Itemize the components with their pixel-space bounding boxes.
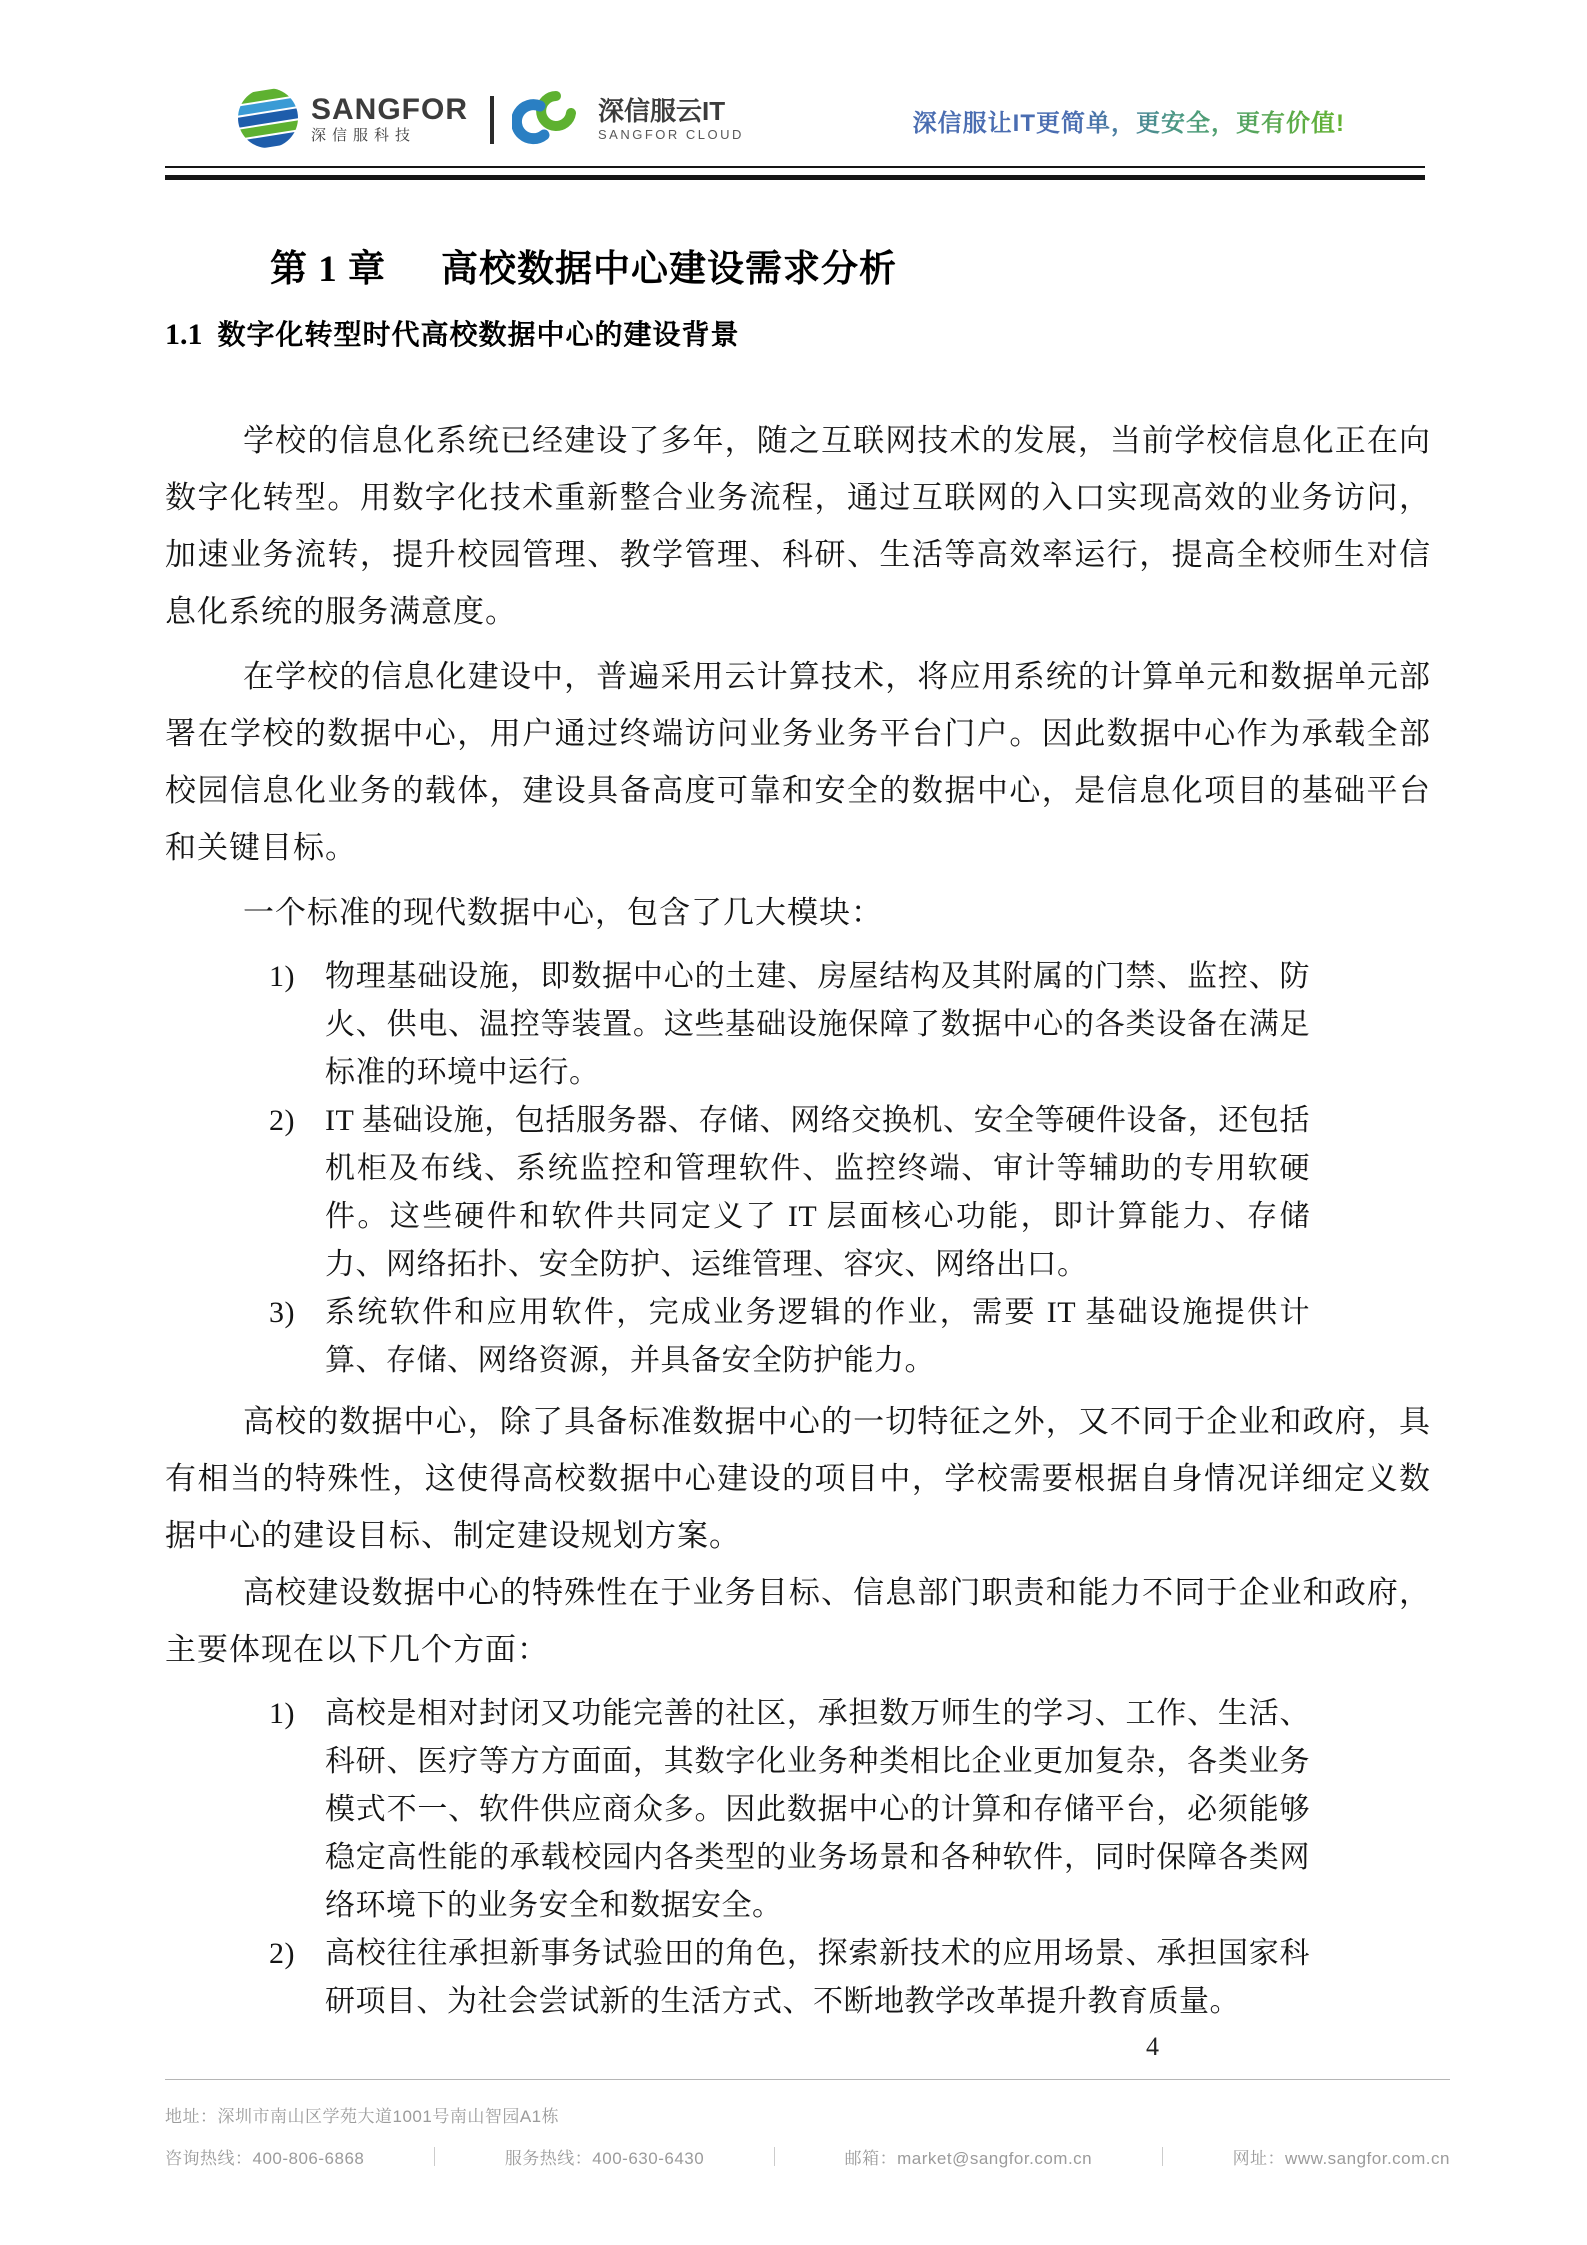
list-item-text: IT 基础设施，包括服务器、存储、网络交换机、安全等硬件设备，还包括机柜及布线、… (325, 1097, 1310, 1289)
brand-name: SANGFOR (311, 94, 468, 126)
chapter-heading: 第 1 章 高校数据中心建设需求分析 (165, 244, 1431, 296)
list-item-text: 物理基础设施，即数据中心的土建、房屋结构及其附属的门禁、监控、防火、供电、温控等… (325, 953, 1310, 1097)
footer-website: 网址：www.sangfor.com.cn (1233, 2144, 1450, 2169)
list-item-number: 2) (269, 1097, 325, 1289)
header-rule (165, 166, 1425, 180)
page-footer: 地址：深圳市南山区学苑大道1001号南山智园A1栋 咨询热线：400-806-6… (165, 2079, 1450, 2169)
brand-name-zh: 深信服科技 (311, 126, 468, 146)
paragraph-1: 学校的信息化系统已经建设了多年，随之互联网技术的发展，当前学校信息化正在向数字化… (165, 412, 1431, 640)
logo-divider (490, 96, 494, 144)
list-item-number: 1) (269, 1690, 325, 1930)
footer-divider (1162, 2147, 1163, 2166)
paragraph-3: 一个标准的现代数据中心，包含了几大模块： (165, 884, 1431, 941)
footer-hotline-service: 服务热线：400-630-6430 (505, 2144, 704, 2169)
list-item-text: 高校往往承担新事务试验田的角色，探索新技术的应用场景、承担国家科研项目、为社会尝… (325, 1930, 1310, 2026)
list-item-text: 高校是相对封闭又功能完善的社区，承担数万师生的学习、工作、生活、科研、医疗等方方… (325, 1690, 1310, 1930)
section-title: 数字化转型时代高校数据中心的建设背景 (218, 312, 740, 358)
brand-lockup: SANGFOR 深信服科技 深信服云IT SANGFOR CLOUD (237, 87, 744, 154)
list-item: 2) IT 基础设施，包括服务器、存储、网络交换机、安全等硬件设备，还包括机柜及… (165, 1097, 1431, 1289)
brand-text-block: SANGFOR 深信服科技 (311, 94, 468, 146)
cloud-name-en: SANGFOR CLOUD (598, 126, 744, 144)
aspects-list: 1) 高校是相对封闭又功能完善的社区，承担数万师生的学习、工作、生活、科研、医疗… (165, 1690, 1431, 2026)
list-item: 1) 高校是相对封闭又功能完善的社区，承担数万师生的学习、工作、生活、科研、医疗… (165, 1690, 1431, 1930)
footer-hotline-consult: 咨询热线：400-806-6868 (165, 2144, 364, 2169)
footer-email: 邮箱：market@sangfor.com.cn (845, 2144, 1093, 2169)
section-number: 1.1 (165, 312, 203, 358)
footer-address: 地址：深圳市南山区学苑大道1001号南山智园A1栋 (165, 2102, 1450, 2127)
paragraph-2: 在学校的信息化建设中，普遍采用云计算技术，将应用系统的计算单元和数据单元部署在学… (165, 648, 1431, 876)
list-item-text: 系统软件和应用软件，完成业务逻辑的作业，需要 IT 基础设施提供计算、存储、网络… (325, 1289, 1310, 1385)
page-number: 4 (1146, 2032, 1159, 2062)
list-item-number: 2) (269, 1930, 325, 2026)
chapter-number: 第 1 章 (270, 244, 386, 296)
list-item-number: 3) (269, 1289, 325, 1385)
cloud-name-zh: 深信服云IT (598, 96, 744, 126)
modules-list: 1) 物理基础设施，即数据中心的土建、房屋结构及其附属的门禁、监控、防火、供电、… (165, 953, 1431, 1385)
sangfor-cloud-logo-icon (512, 89, 586, 152)
list-item-number: 1) (269, 953, 325, 1097)
list-item: 1) 物理基础设施，即数据中心的土建、房屋结构及其附属的门禁、监控、防火、供电、… (165, 953, 1431, 1097)
document-body: 第 1 章 高校数据中心建设需求分析 1.1 数字化转型时代高校数据中心的建设背… (165, 238, 1431, 2026)
footer-divider (774, 2147, 775, 2166)
chapter-title: 高校数据中心建设需求分析 (441, 244, 897, 296)
document-page: SANGFOR 深信服科技 深信服云IT SANGFOR CLOUD 深信服让I… (0, 0, 1587, 2245)
sangfor-globe-logo-icon (237, 87, 299, 154)
paragraph-4: 高校的数据中心，除了具备标准数据中心的一切特征之外，又不同于企业和政府，具有相当… (165, 1393, 1431, 1564)
list-item: 3) 系统软件和应用软件，完成业务逻辑的作业，需要 IT 基础设施提供计算、存储… (165, 1289, 1431, 1385)
list-item: 2) 高校往往承担新事务试验田的角色，探索新技术的应用场景、承担国家科研项目、为… (165, 1930, 1431, 2026)
brand-tagline: 深信服让IT更简单，更安全，更有价值! (913, 103, 1345, 138)
section-heading: 1.1 数字化转型时代高校数据中心的建设背景 (165, 312, 1431, 358)
paragraph-5: 高校建设数据中心的特殊性在于业务目标、信息部门职责和能力不同于企业和政府，主要体… (165, 1564, 1431, 1678)
page-header: SANGFOR 深信服科技 深信服云IT SANGFOR CLOUD 深信服让I… (237, 88, 1345, 152)
footer-divider (434, 2147, 435, 2166)
cloud-text-block: 深信服云IT SANGFOR CLOUD (598, 96, 744, 144)
footer-contacts: 咨询热线：400-806-6868 服务热线：400-630-6430 邮箱：m… (165, 2144, 1450, 2169)
